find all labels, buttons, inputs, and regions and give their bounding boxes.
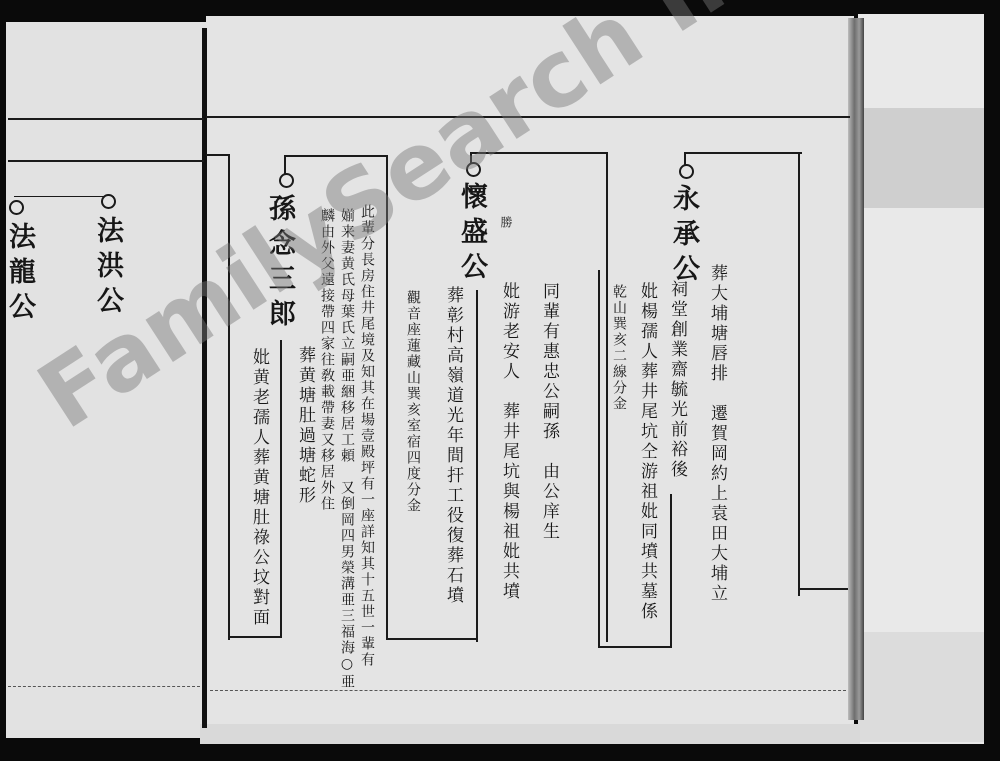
page-bottom-strip <box>200 724 860 744</box>
backing-lower <box>858 632 984 742</box>
person-name: 懷盛公 <box>458 182 485 287</box>
branch-line <box>386 155 388 285</box>
bottom-rule <box>210 690 846 692</box>
person-text: 葬黄塘肚過塘蛇形 <box>296 346 313 506</box>
person-text: 妣黄老孺人葬黄塘肚祿公坟對面 <box>250 348 267 628</box>
person-name: 法龍公 <box>6 222 33 327</box>
person-text: 妣楊孺人葬井尾坑仝游祖妣同墳共墓係 <box>638 282 655 622</box>
branch-line <box>14 196 114 197</box>
person-text: 妣游老安人 葬井尾坑與楊祖妣共墳 <box>500 282 517 602</box>
branch-line <box>386 638 478 640</box>
branch-line <box>798 152 800 596</box>
person-text: 葬彰村高嶺道光年間扞工役復葬石墳 <box>444 286 461 606</box>
person-text: 觀音座蓮藏山巽亥室宿四度分金 <box>406 290 420 514</box>
left-page <box>6 22 206 738</box>
book-edge <box>848 18 864 720</box>
branch-line <box>228 636 282 638</box>
branch-line <box>228 154 230 640</box>
person-marker-icon <box>9 200 24 215</box>
person-marker-icon <box>466 162 481 177</box>
backing-shadow <box>858 108 984 208</box>
branch-line <box>598 646 670 648</box>
branch-line <box>284 155 388 157</box>
generation-line <box>8 160 204 162</box>
person-text: 祠堂創業齋毓光前裕後 <box>668 280 685 480</box>
branch-line <box>280 340 282 638</box>
branch-line <box>798 588 848 590</box>
bottom-rule <box>8 686 200 688</box>
person-marker-icon <box>101 194 116 209</box>
person-text: 乾山巽亥二線分金 <box>612 284 626 412</box>
generation-line <box>8 118 204 120</box>
person-text: 麟由外父遠接帶四家往敎載帶妻又移居外住 <box>320 208 334 512</box>
branch-line <box>470 152 608 154</box>
branch-line <box>284 155 286 175</box>
person-marker-icon <box>679 164 694 179</box>
branch-line <box>386 280 388 640</box>
person-text: 葬大埔塘唇排 遷賀岡約上袁田大埔立 <box>708 264 725 604</box>
branch-line <box>206 154 230 156</box>
person-text: 媊来妻黄氏母葉氏立嗣亜綑移居工頼 又倒岡四男榮溝亜三福海○亜 <box>340 208 354 690</box>
branch-line <box>606 152 608 642</box>
person-name: 孫念三郎 <box>266 194 293 334</box>
person-text: 此輩分長房住井尾境及知其在場壹殿坪有一座詳知其十五世一輩有 <box>360 204 374 668</box>
person-note: 勝 <box>500 216 512 228</box>
book-spine <box>202 28 207 728</box>
branch-line <box>670 494 672 648</box>
branch-line <box>684 152 802 154</box>
person-marker-icon <box>279 173 294 188</box>
generation-line <box>206 116 850 118</box>
person-text: 同輩有惠忠公嗣孫 由公庠生 <box>540 282 557 542</box>
person-name: 法洪公 <box>94 216 121 321</box>
scanned-document: 法洪公 法龍公 永承公 祠堂創業齋毓光前裕後 葬大埔塘唇排 遷賀岡約上袁田大埔立… <box>0 0 1000 761</box>
branch-line <box>598 270 600 648</box>
branch-line <box>476 290 478 642</box>
person-name: 永承公 <box>670 184 697 289</box>
